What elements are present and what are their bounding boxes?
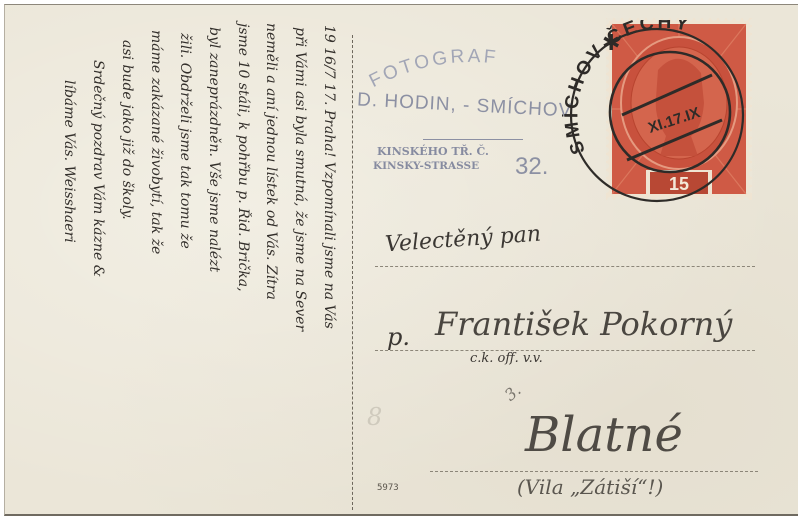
postcard: 19 16/7 17. Praha! Vzpomínali jsme na Vá… [4,4,798,516]
address-name-prefix: p. [387,323,410,351]
stamp-rule [423,139,523,140]
message-line: asi bude jako již do školy. [119,40,135,220]
message-line: neměli a aní jednou lístek od Vás. Zítra [263,23,279,300]
message-line: máme zakázané živobytí, tak že [148,30,164,254]
address-note: 3. [501,380,525,404]
address-town: Blatné [525,407,683,463]
center-divider [352,35,353,510]
address-title: c.k. off. v.v. [470,351,543,366]
message-line: byl zaneprázdněn. Vše jsme nalézt [206,27,222,272]
address-line-1 [375,266,755,267]
address-line-2 [375,350,755,351]
message-line: Srdečný pozdrav Vám kázne & [90,60,106,277]
message-line: při Vámi asi byla smutná, že jsme na Sev… [292,27,308,331]
address-name: František Pokorný [435,305,732,343]
message-line: líbáme Vás. Weisshaeri [61,80,77,243]
address-line-3 [430,471,758,472]
message-line: 19 16/7 17. Praha! Vzpomínali jsme na Vá… [321,25,337,329]
studio-street-de: KINSKY-STRASSE [373,160,479,172]
handwritten-message: 19 16/7 17. Praha! Vzpomínali jsme na Vá… [5,5,352,520]
studio-stamp: FOTOGRAF D. HODIN, - SMÍCHOV KINSKÉHO TŘ… [355,37,585,167]
studio-street-cz: KINSKÉHO TŘ. Č. [377,145,489,158]
svg-text:✱: ✱ [602,31,620,56]
svg-text:SMÍCHOV ČECHY: SMÍCHOV ČECHY [562,20,693,157]
pencil-mark: 8 [367,403,382,431]
address-detail: (Vila „Zátiší“!) [517,475,663,499]
print-number: 5973 [377,483,399,493]
message-line: jsme 10 stáli, k pohřbu p. Řid. Brička, [235,23,251,292]
svg-text:FOTOGRAF: FOTOGRAF [366,46,499,92]
postmark: SMÍCHOV ČECHY XI.17.IX ✱ [562,20,752,210]
studio-arc: FOTOGRAF [355,37,585,97]
studio-house-number: 32. [515,153,548,181]
message-line: žili. Obdrželi jsme tak tomu že [177,33,193,249]
address-salutation: Velectěný pan [384,222,541,258]
